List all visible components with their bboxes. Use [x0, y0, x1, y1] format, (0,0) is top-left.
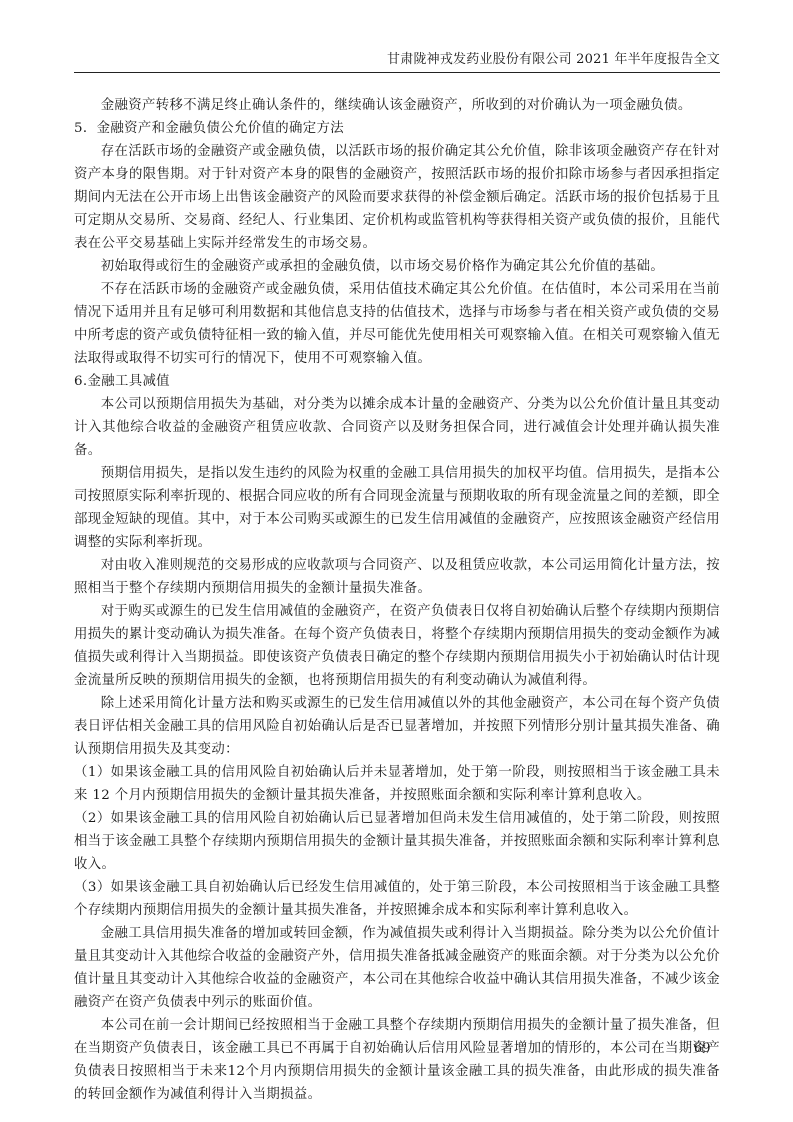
paragraph-credit-impaired: 对于购买或源生的已发生信用减值的金融资产，在资产负债表日仅将自初始确认后整个存续…: [74, 600, 720, 692]
paragraph-no-active-market: 不存在活跃市场的金融资产或金融负债，采用估值技术确定其公允价值。在估值时，本公司…: [74, 278, 720, 370]
paragraph-transfer-liability: 金融资产转移不满足终止确认条件的，继续确认该金融资产，所收到的对价确认为一项金融…: [74, 94, 720, 117]
paragraph-impairment-basis: 本公司以预期信用损失为基础，对分类为以摊余成本计量的金融资产、分类为以公允价值计…: [74, 393, 720, 462]
document-body: 金融资产转移不满足终止确认条件的，继续确认该金融资产，所收到的对价确认为一项金融…: [74, 94, 720, 1106]
section-heading-6: 6.金融工具减值: [74, 370, 720, 393]
header-title: 甘肃陇神戎发药业股份有限公司 2021 年半年度报告全文: [387, 50, 720, 70]
paragraph-simplified-method: 对由收入准则规范的交易形成的应收款项与合同资产、以及租赁应收款，本公司运用简化计…: [74, 554, 720, 600]
paragraph-reversal: 本公司在前一会计期间已经按照相当于金融工具整个存续期内预期信用损失的金额计量了损…: [74, 1014, 720, 1106]
list-item-stage-3: （3）如果该金融工具自初始确认后已经发生信用减值的，处于第三阶段，本公司按照相当…: [74, 876, 720, 922]
list-item-stage-1: （1）如果该金融工具的信用风险自初始确认后并未显著增加，处于第一阶段，则按照相当…: [74, 761, 720, 807]
page-header: 甘肃陇神戎发药业股份有限公司 2021 年半年度报告全文: [74, 50, 720, 73]
paragraph-expected-credit-loss: 预期信用损失，是指以发生违约的风险为权重的金融工具信用损失的加权平均值。信用损失…: [74, 462, 720, 554]
paragraph-initial-acquisition: 初始取得或衍生的金融资产或承担的金融负债，以市场交易价格作为确定其公允价值的基础…: [74, 255, 720, 278]
paragraph-loss-provision-change: 金融工具信用损失准备的增加或转回金额，作为减值损失或利得计入当期损益。除分类为以…: [74, 922, 720, 1014]
paragraph-active-market: 存在活跃市场的金融资产或金融负债，以活跃市场的报价确定其公允价值，除非该项金融资…: [74, 140, 720, 255]
section-heading-5: 5．金融资产和金融负债公允价值的确定方法: [74, 117, 720, 140]
page-number: 69: [694, 1041, 711, 1056]
paragraph-other-assets: 除上述采用简化计量方法和购买或源生的已发生信用减值以外的其他金融资产，本公司在每…: [74, 692, 720, 761]
list-item-stage-2: （2）如果该金融工具的信用风险自初始确认后已显著增加但尚未发生信用减值的，处于第…: [74, 807, 720, 876]
